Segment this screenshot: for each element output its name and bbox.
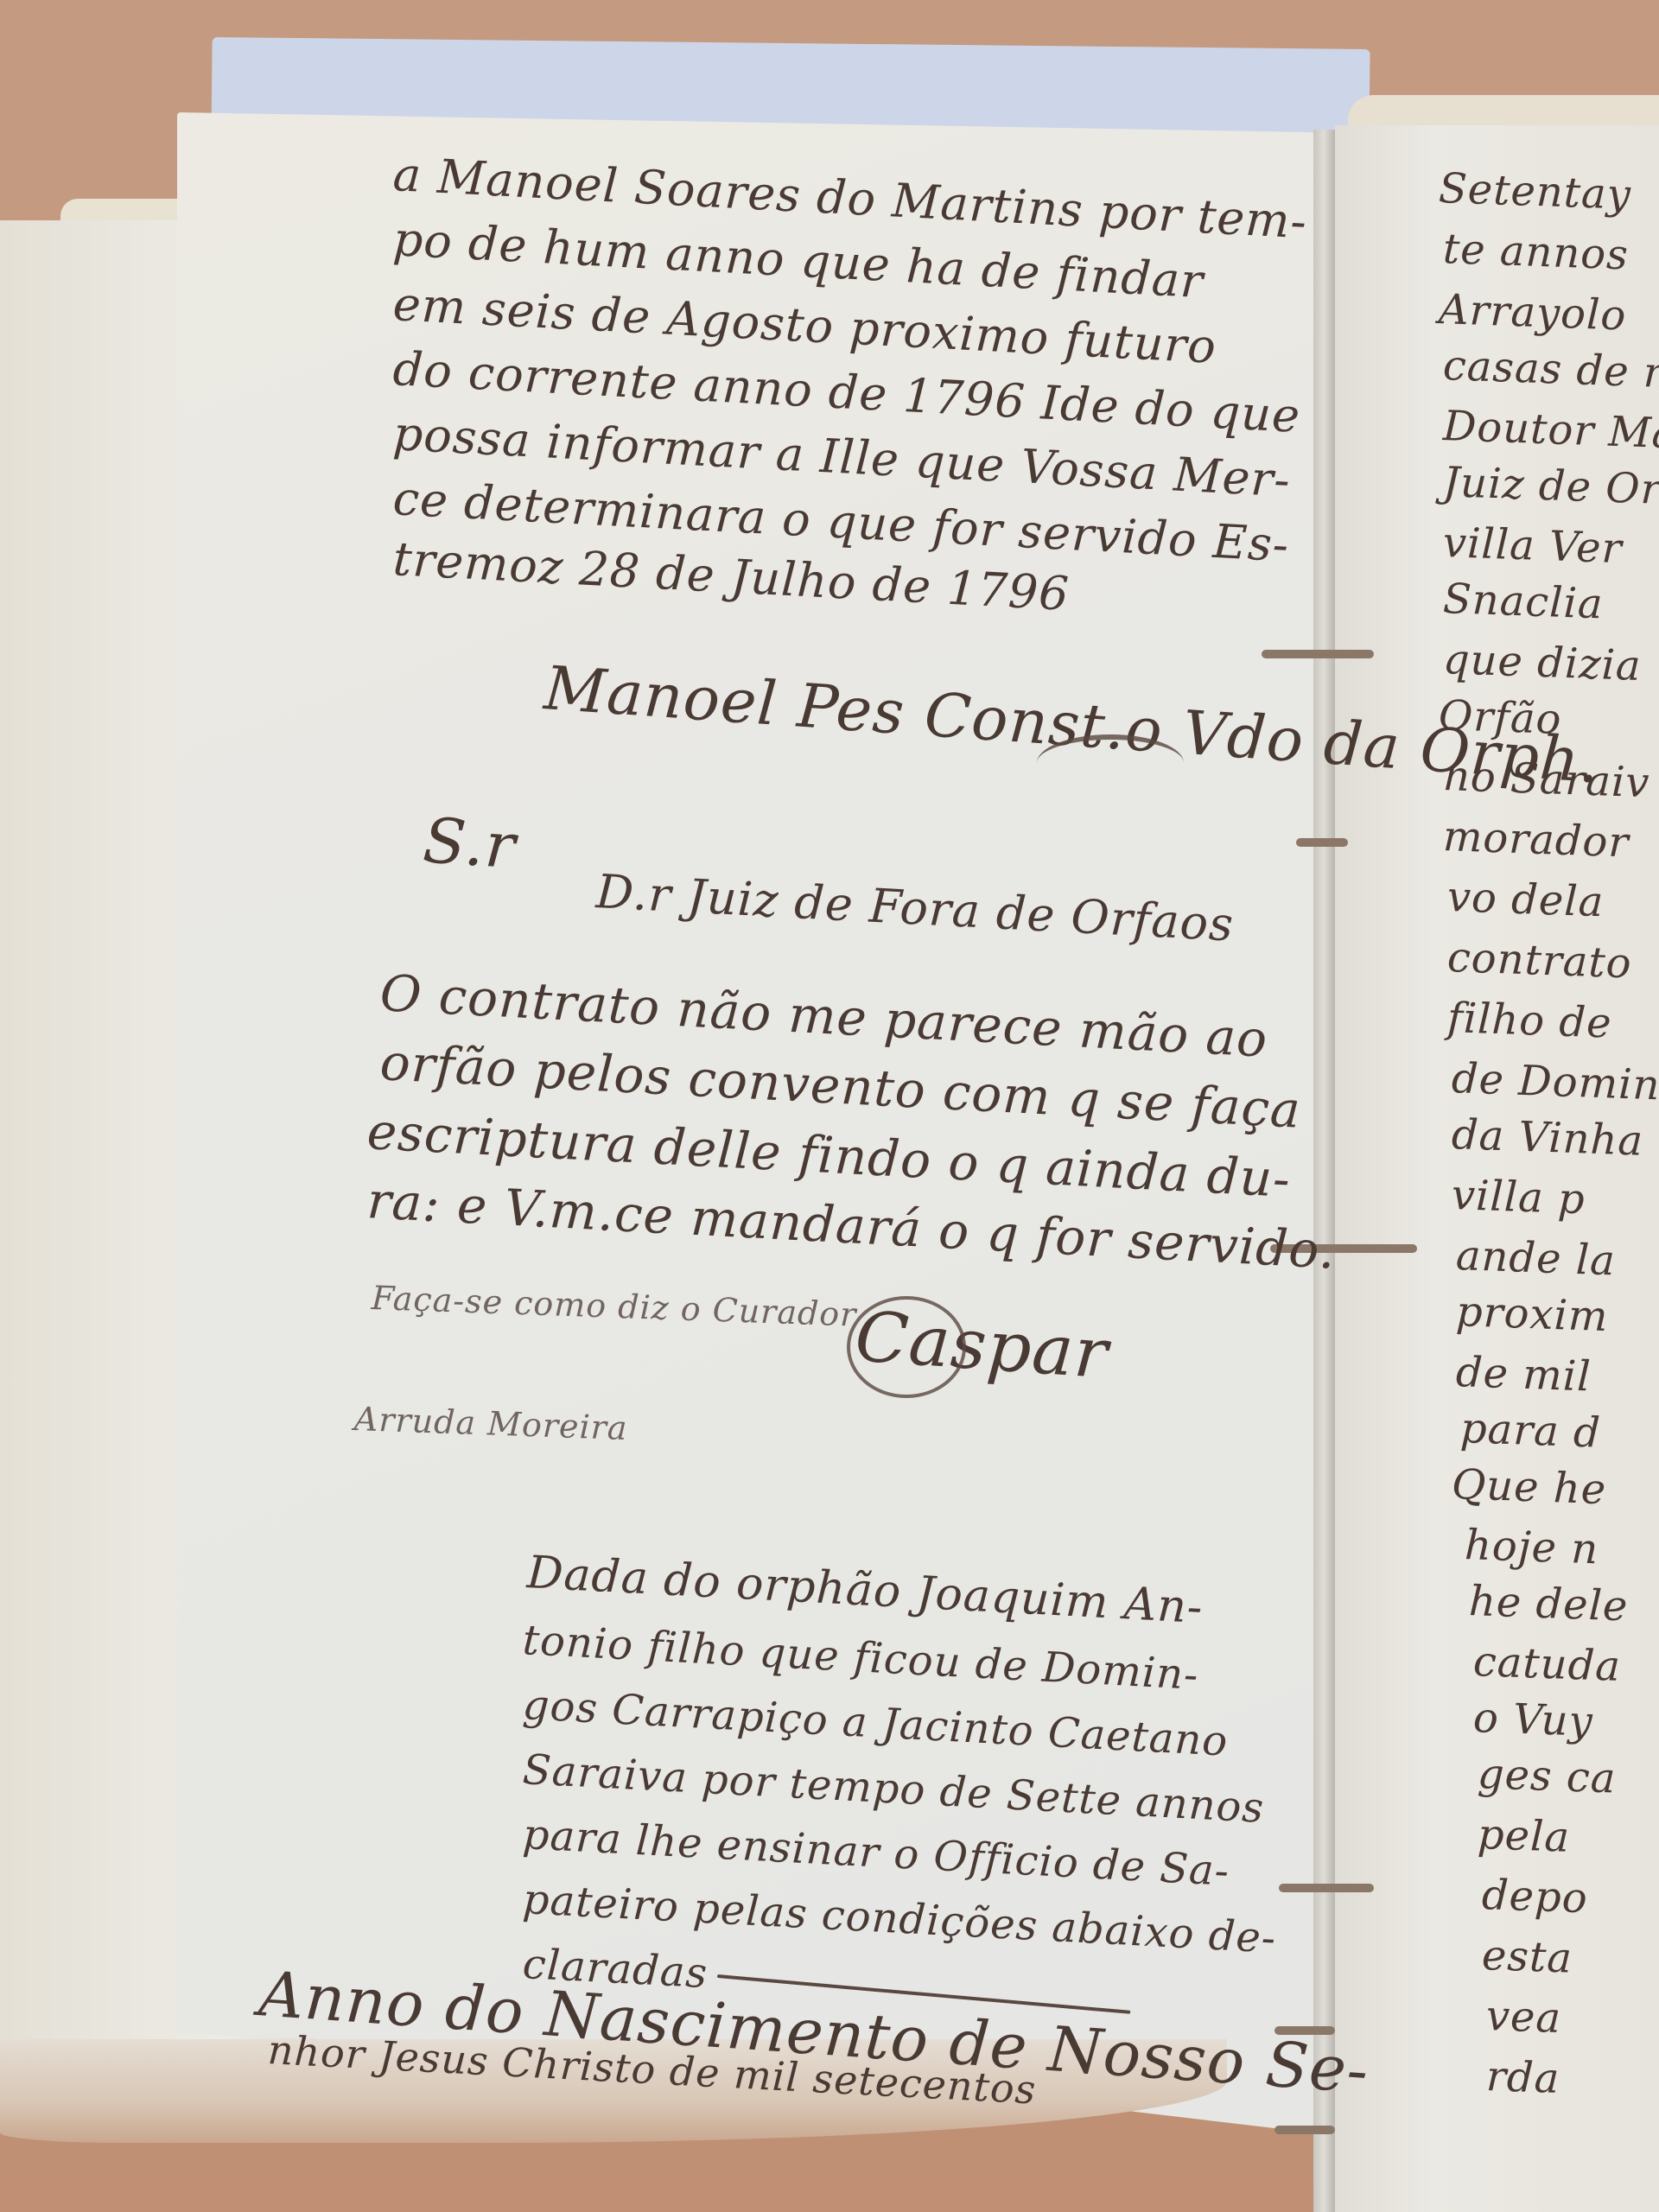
- text-fragment: de Domin: [1451, 1054, 1659, 1109]
- text-fragment: filho de: [1446, 994, 1613, 1048]
- text-fragment: depo: [1481, 1871, 1589, 1923]
- text-fragment: hoje n: [1464, 1521, 1599, 1573]
- text-fragment: te annos: [1442, 225, 1630, 279]
- text-fragment: Arrayolo: [1438, 285, 1627, 340]
- signature-flourish: [1037, 734, 1184, 791]
- binding-stitch: [1296, 838, 1348, 847]
- text-fragment: Setentay: [1438, 164, 1632, 219]
- text-fragment: Juiz de Or: [1442, 458, 1659, 514]
- text-fragment: ges ca: [1477, 1750, 1617, 1803]
- text-fragment: villa Ver: [1442, 518, 1623, 573]
- text-fragment: para d: [1459, 1404, 1602, 1458]
- salutation: S.r: [421, 804, 518, 882]
- text-fragment: casas de m: [1442, 341, 1659, 398]
- binding-stitch: [1262, 650, 1374, 658]
- text-fragment: vea: [1485, 1992, 1562, 2043]
- text-fragment: he dele: [1468, 1577, 1629, 1630]
- text-fragment: da Vinha: [1451, 1110, 1644, 1166]
- text-fragment: morador: [1442, 812, 1630, 867]
- text-fragment: Orfão: [1438, 691, 1562, 744]
- signature-flourish: [847, 1296, 966, 1398]
- text-fragment: Snaclia: [1442, 575, 1604, 628]
- binding-stitch: [1274, 2126, 1335, 2134]
- text-fragment: esta: [1481, 1931, 1573, 1983]
- right-page-text: Setentay te annos Arrayolo casas de m Do…: [1430, 156, 1659, 2212]
- text-fragment: villa p: [1451, 1171, 1586, 1224]
- text-fragment: rda: [1485, 2052, 1560, 2103]
- text-fragment: de mil: [1455, 1348, 1592, 1401]
- text-fragment: Que he: [1451, 1460, 1607, 1514]
- text-fragment: contrato: [1446, 933, 1633, 988]
- text-fragment: ande la: [1455, 1231, 1617, 1285]
- text-fragment: no Saraiv: [1442, 752, 1650, 807]
- binding-stitch: [1279, 1884, 1374, 1892]
- text-fragment: o Vuy: [1472, 1694, 1594, 1746]
- text-fragment: pela: [1477, 1810, 1571, 1862]
- text-fragment: proxim: [1455, 1287, 1609, 1341]
- text-fragment: que dizia: [1442, 635, 1642, 690]
- text-fragment: Doutor Man: [1442, 402, 1659, 460]
- text-fragment: catuda: [1472, 1637, 1622, 1691]
- text-fragment: vo dela: [1446, 873, 1605, 926]
